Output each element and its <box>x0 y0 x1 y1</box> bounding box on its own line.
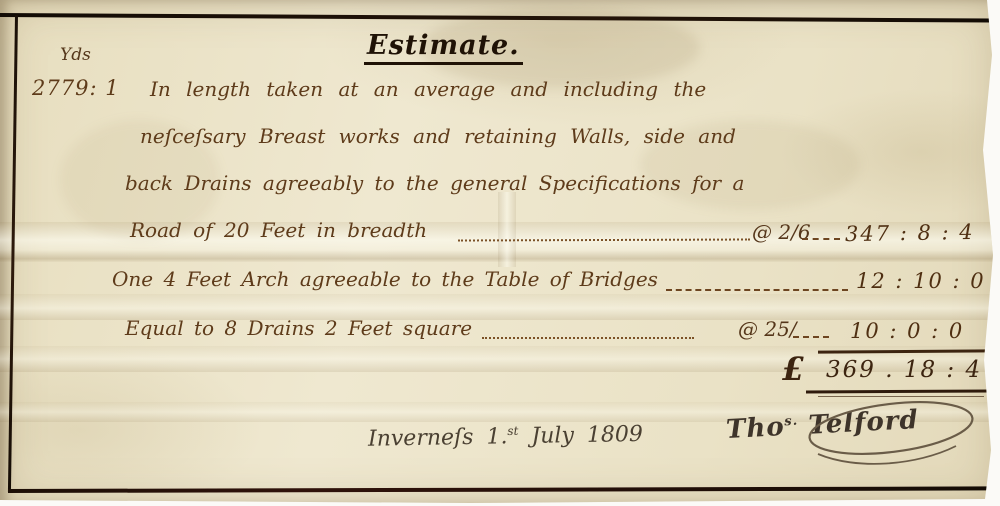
leader-dots <box>458 238 750 241</box>
photo-background: Estimate. Yds 2779: 1 In length taken at… <box>0 0 1000 506</box>
item-description: One 4 Feet Arch agreeable to the Table o… <box>112 267 658 291</box>
sum-rule <box>818 349 990 353</box>
signature-surname: Telford <box>808 405 920 441</box>
bottom-border-rule <box>8 486 990 493</box>
document-title: Estimate. <box>364 30 523 65</box>
item-description: Equal to 8 Drains 2 Feet square <box>125 316 472 340</box>
leader-dash <box>793 336 829 338</box>
pound-sign: £ <box>782 350 804 388</box>
item-rate: @ 2/6 <box>752 220 811 244</box>
dateline-month-year: July 1809 <box>531 422 643 449</box>
item-amount: 347 : 8 : 4 <box>845 220 975 246</box>
leader-dash <box>802 238 840 240</box>
dateline: Inverneſs 1.st July 1809 <box>368 422 643 452</box>
paragraph-line: back Drains agreeably to the general Spe… <box>125 171 744 195</box>
total-amount: 369 . 18 : 4 <box>826 357 982 383</box>
signature: Thos. Telford <box>725 405 919 445</box>
item-amount: 12 : 10 : 0 <box>856 269 986 293</box>
left-border-rule <box>8 15 18 492</box>
vertical-crease <box>498 192 516 267</box>
paragraph-line: neſceſsary Breast works and retaining Wa… <box>140 124 736 148</box>
dateline-place: Inverneſs <box>368 425 474 452</box>
unit-column-header: Yds <box>60 45 91 65</box>
dateline-ordinal: st <box>507 424 518 438</box>
signature-ordinal: s. <box>784 414 799 430</box>
total-underline <box>806 390 990 394</box>
paper: Estimate. Yds 2779: 1 In length taken at… <box>0 0 1000 506</box>
leader-dash <box>666 289 848 291</box>
top-border-rule <box>0 13 992 22</box>
item-amount: 10 : 0 : 0 <box>850 319 964 343</box>
dateline-day: 1. <box>486 424 507 449</box>
item-description: Road of 20 Feet in breadth <box>130 218 427 242</box>
leader-dots <box>482 337 694 339</box>
quantity-value: 2779: 1 <box>32 76 120 100</box>
paragraph-line: In length taken at an average and includ… <box>150 77 706 101</box>
signature-prefix: Tho <box>725 412 785 445</box>
total-underline <box>818 396 984 397</box>
item-rate: @ 25/ <box>738 317 797 341</box>
